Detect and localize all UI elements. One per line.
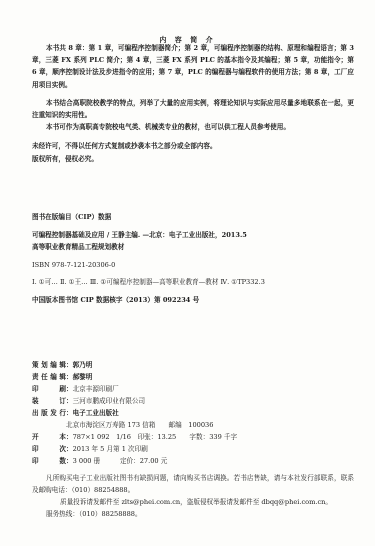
credit-binding: 装订：三河市鹏成印业有限公司 (32, 395, 145, 407)
cip-isbn: ISBN 978-7-121-20306-0 (32, 259, 115, 271)
credit-label: 印刷 (32, 383, 66, 395)
credit-value: 郭乃明 (73, 361, 93, 369)
spec-impression: 印次：2013 年 5 月第 1 次印刷 (32, 443, 148, 455)
copyright-line-2: 版权所有，侵权必究。 (32, 153, 98, 165)
credit-label: 出版发行 (32, 407, 66, 419)
credit-label: 责任编辑 (32, 371, 66, 383)
notice-paragraph-1: 凡所购买电子工业出版社图书有缺损问题，请向购买书店调换。若书店售缺，请与本社发行… (32, 472, 354, 496)
notice-paragraph-2: 质量投诉请发邮件至 zlts@phei.com.cn，盗版侵权举报请发邮件至 d… (46, 496, 332, 508)
cip-record-line-2: 高等职业教育精品工程规划教材 (32, 241, 124, 253)
notice-paragraph-3: 服务热线：（010）88258888。 (46, 508, 142, 520)
spec-label: 开本 (32, 431, 66, 443)
summary-paragraph-2: 本书结合高职院校教学的特点，列举了大量的应用实例，将理论知识与实际应用尽量多地联… (32, 97, 354, 121)
spec-print-run: 印数：3 000 册 定价：27.00 元 (32, 455, 167, 467)
publisher-address: 北京市海淀区万寿路 173 信箱 邮编 100036 (66, 419, 213, 431)
spec-value: 3 000 册 定价：27.00 元 (73, 457, 168, 465)
credit-printing: 印刷：北京丰源印刷厂 (32, 383, 119, 395)
credit-publisher: 出版发行：电子工业出版社 (32, 407, 119, 419)
spec-label: 印次 (32, 443, 66, 455)
spec-format: 开本：787×1 092 1/16 印张：13.25 字数：339 千字 (32, 431, 237, 443)
credit-value: 电子工业出版社 (73, 409, 119, 417)
cip-classification: Ⅰ. ①可… Ⅱ. ①王… Ⅲ. ①可编程序控制器—高等职业教育—教材 Ⅳ. ①… (32, 276, 265, 288)
credit-label: 策划编辑 (32, 359, 66, 371)
cip-number: 中国版本图书馆 CIP 数据核字（2013）第 092234 号 (32, 294, 199, 306)
credit-responsible-editor: 责任编辑：郝黎明 (32, 371, 92, 383)
credit-planning-editor: 策划编辑：郭乃明 (32, 359, 92, 371)
cip-heading: 图书在版编目（CIP）数据 (32, 211, 111, 223)
summary-paragraph-1: 本书共 8 章：第 1 章，可编程序控制器简介；第 2 章，可编程序控制器的结构… (32, 42, 354, 91)
credit-label: 装订 (32, 395, 66, 407)
copyright-page: 内 容 简 介 本书共 8 章：第 1 章，可编程序控制器简介；第 2 章，可编… (0, 0, 375, 546)
summary-paragraph-3: 本书可作为高职高专院校电气类、机械类专业的教材，也可以供工程人员参考使用。 (32, 121, 354, 133)
copyright-line-1: 未经许可，不得以任何方式复制或抄袭本书之部分或全部内容。 (32, 140, 217, 152)
spec-value: 2013 年 5 月第 1 次印刷 (73, 445, 148, 453)
spec-value: 787×1 092 1/16 印张：13.25 字数：339 千字 (73, 433, 237, 441)
credit-value: 北京丰源印刷厂 (73, 385, 119, 393)
spec-label: 印数 (32, 455, 66, 467)
credit-value: 郝黎明 (73, 373, 93, 381)
credit-value: 三河市鹏成印业有限公司 (73, 397, 146, 405)
cip-record-line-1: 可编程控制器基础及应用 / 王静主编. —北京：电子工业出版社，2013.5 (32, 229, 247, 241)
